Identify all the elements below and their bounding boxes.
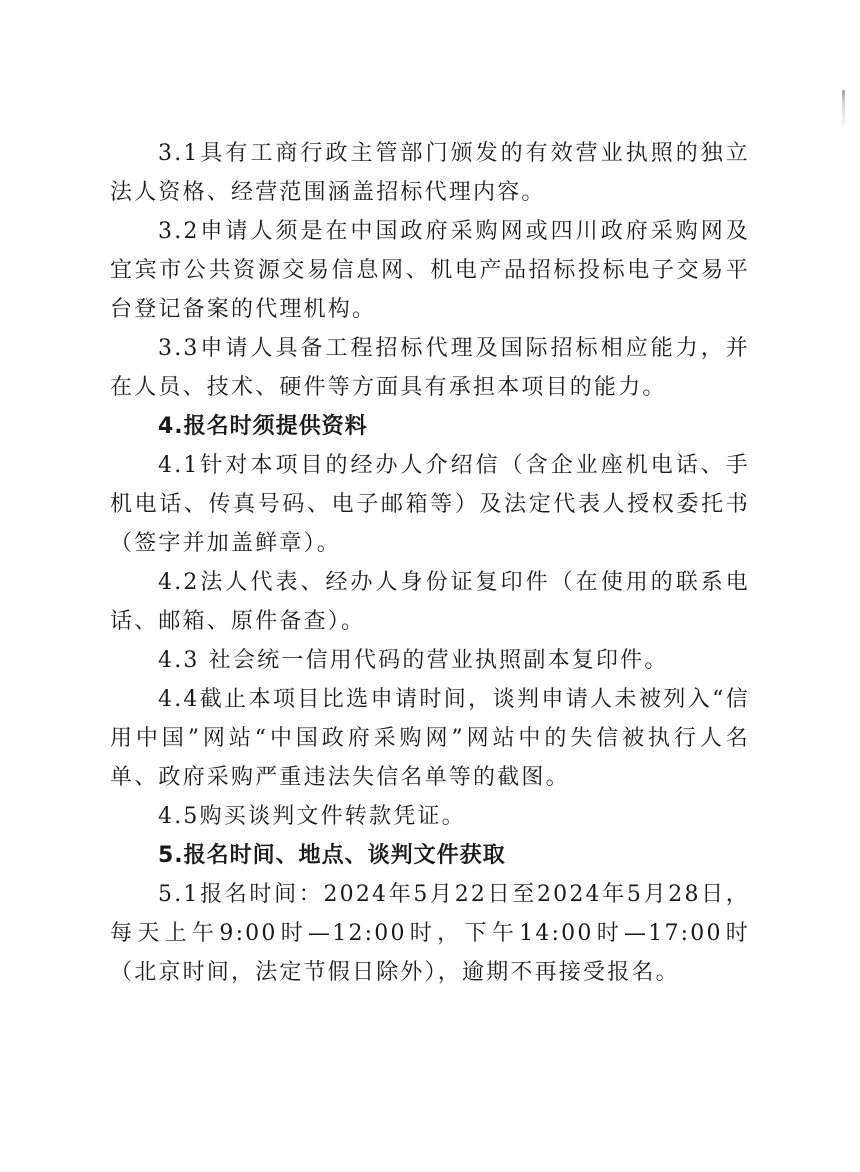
section-heading-4: 4.报名时须提供资料 [110,407,750,446]
paragraph-4-2: 4.2法人代表、经办人身份证复印件（在使用的联系电话、邮箱、原件备查）。 [110,563,750,641]
section-heading-5: 5.报名时间、地点、谈判文件获取 [110,836,750,875]
paragraph-3-2: 3.2申请人须是在中国政府采购网或四川政府采购网及宜宾市公共资源交易信息网、机电… [110,212,750,329]
document-page: 3.1具有工商行政主管部门颁发的有效营业执照的独立法人资格、经营范围涵盖招标代理… [110,134,750,992]
paragraph-3-3: 3.3申请人具备工程招标代理及国际招标相应能力，并在人员、技术、硬件等方面具有承… [110,329,750,407]
paragraph-4-3: 4.3 社会统一信用代码的营业执照副本复印件。 [110,641,750,680]
paragraph-4-4: 4.4截止本项目比选申请时间，谈判申请人未被列入“信用中国”网站“中国政府采购网… [110,680,750,797]
paragraph-3-1: 3.1具有工商行政主管部门颁发的有效营业执照的独立法人资格、经营范围涵盖招标代理… [110,134,750,212]
paragraph-4-5: 4.5购买谈判文件转款凭证。 [110,797,750,836]
scan-artifact [842,90,845,126]
paragraph-4-1: 4.1针对本项目的经办人介绍信（含企业座机电话、手机电话、传真号码、电子邮箱等）… [110,446,750,563]
paragraph-5-1: 5.1报名时间：2024年5月22日至2024年5月28日，每天上午9:00时—… [110,875,750,992]
